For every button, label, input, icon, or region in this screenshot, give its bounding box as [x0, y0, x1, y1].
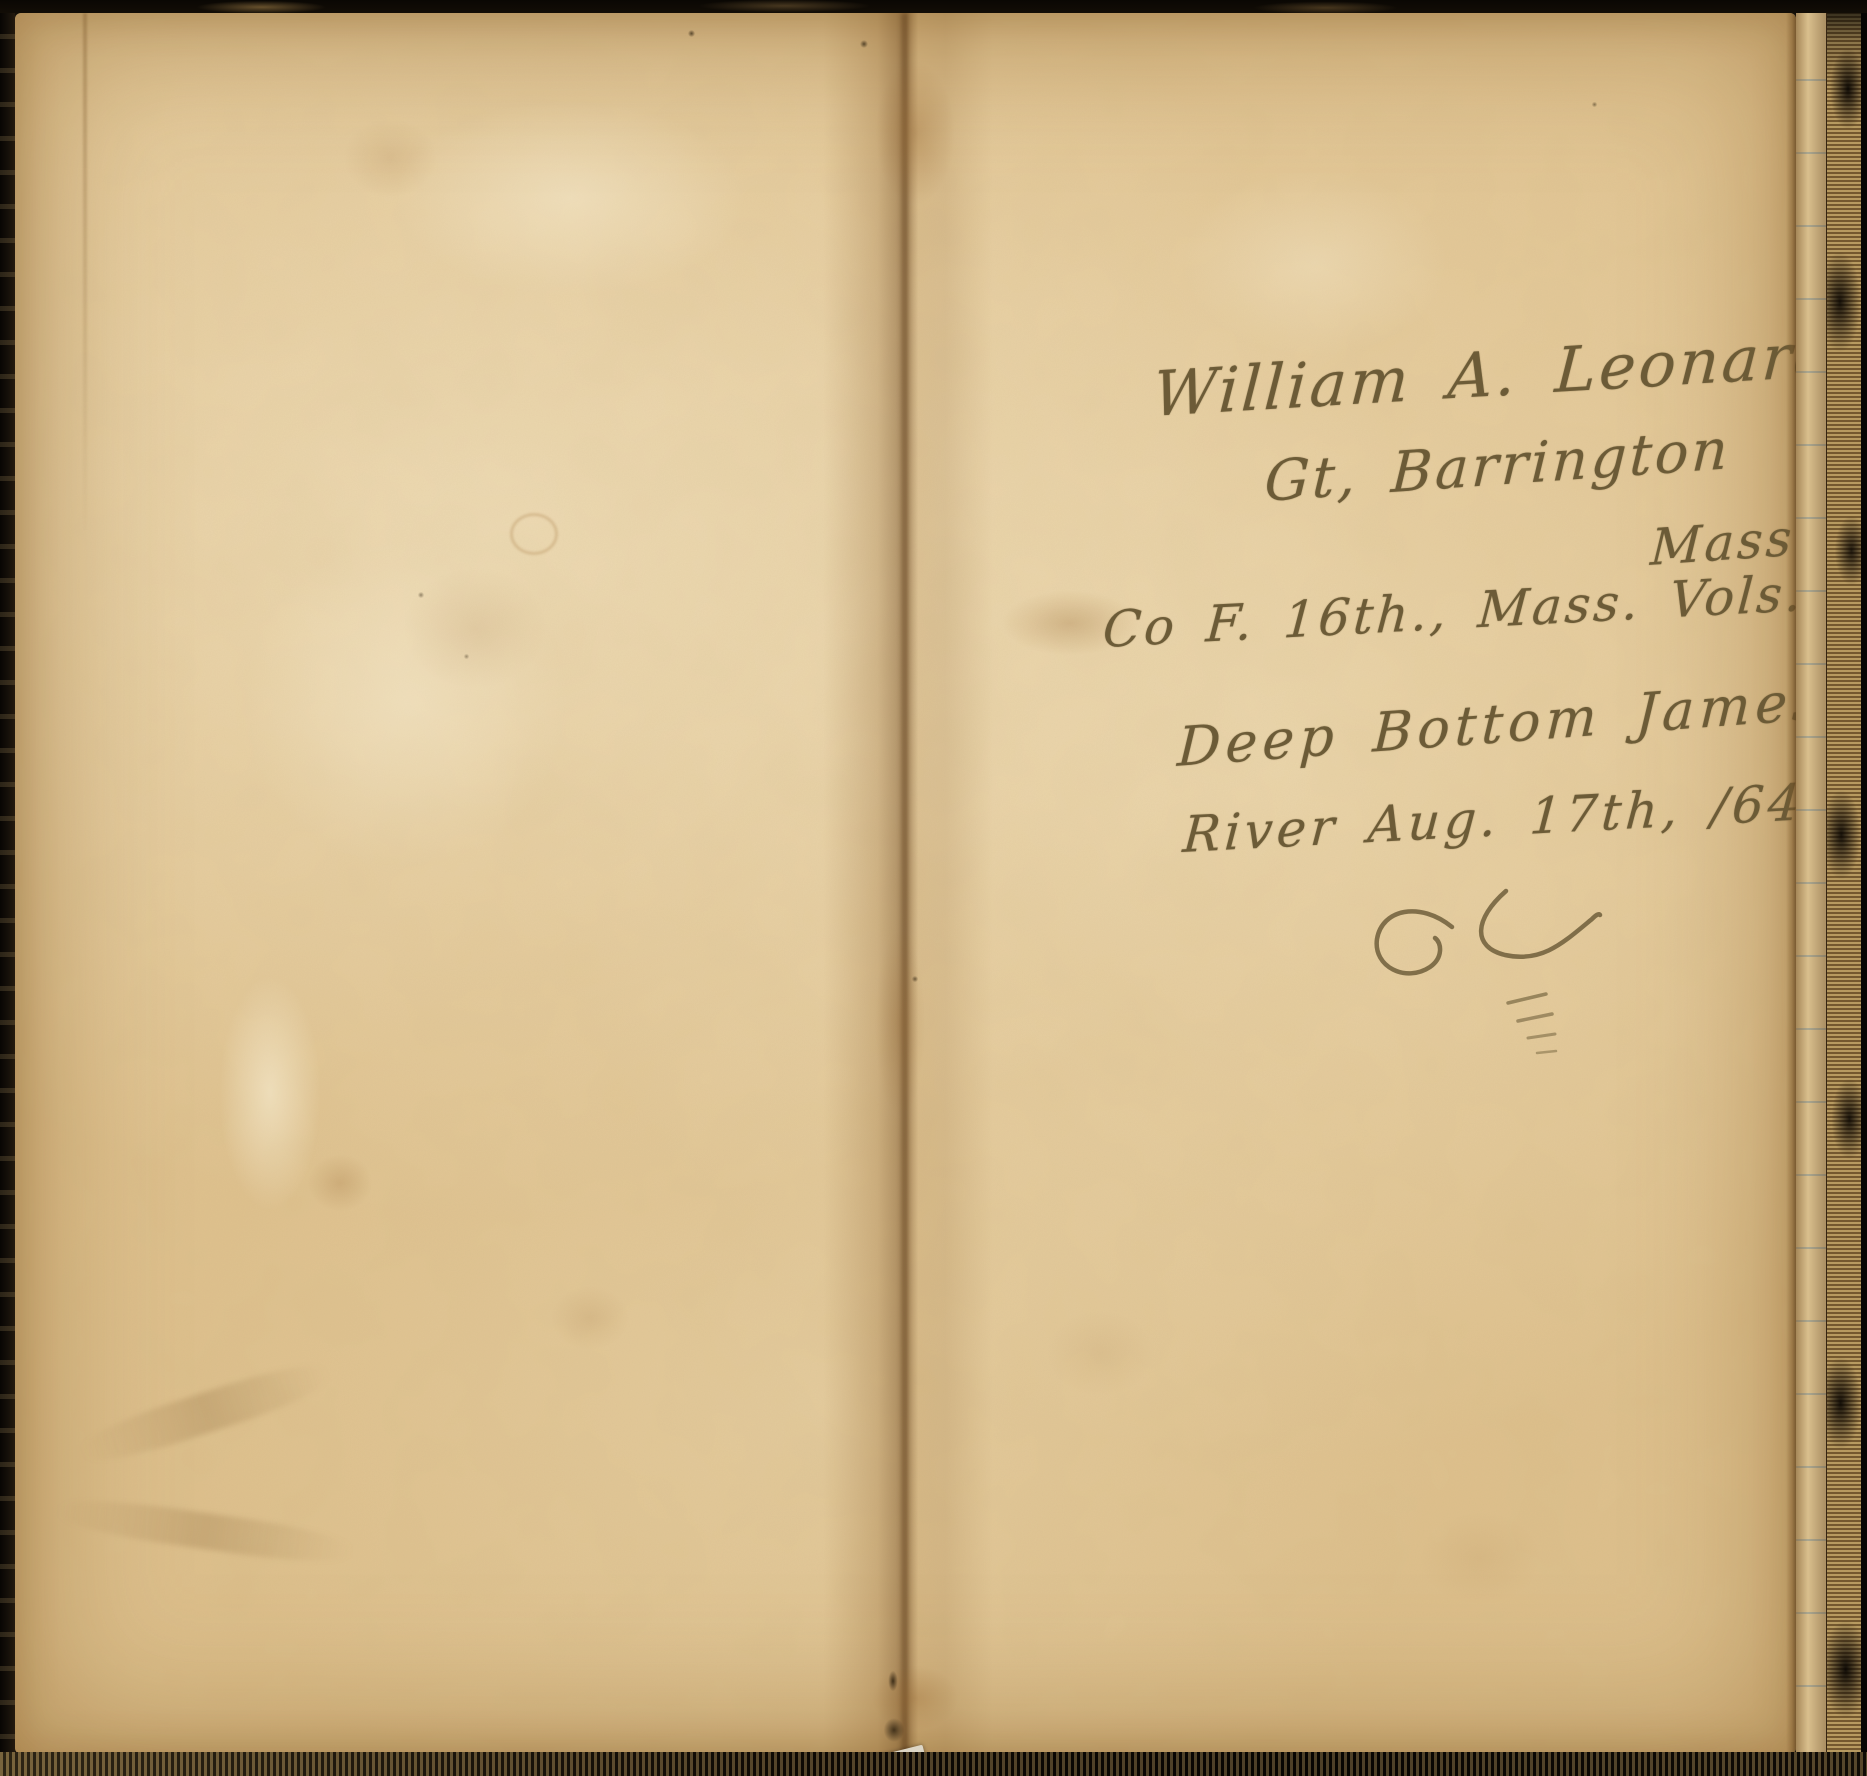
- book-cover-top-edge: [0, 0, 1867, 13]
- book-cover-right: [1827, 0, 1867, 1776]
- left-page-crease: [83, 13, 87, 533]
- spine-gutter-shadow: [823, 13, 993, 1754]
- book-cover-bottom-edge: [0, 1752, 1867, 1776]
- left-blank-page: [15, 13, 906, 1754]
- right-inscribed-page: [906, 13, 1797, 1754]
- book-cover-left-edge: [0, 0, 15, 1776]
- spine-fold-line: [901, 13, 908, 1754]
- paper-stain-ring: [510, 513, 558, 555]
- diary-scan-photo: William A. Leonard Gt, Barrington Mass. …: [0, 0, 1867, 1776]
- ink-swirl-flourish-icon: [1356, 885, 1606, 1065]
- page-edge-line: [1786, 13, 1796, 1754]
- page-spread: William A. Leonard Gt, Barrington Mass. …: [15, 13, 1796, 1754]
- ruled-page-edge-stack: [1796, 8, 1826, 1768]
